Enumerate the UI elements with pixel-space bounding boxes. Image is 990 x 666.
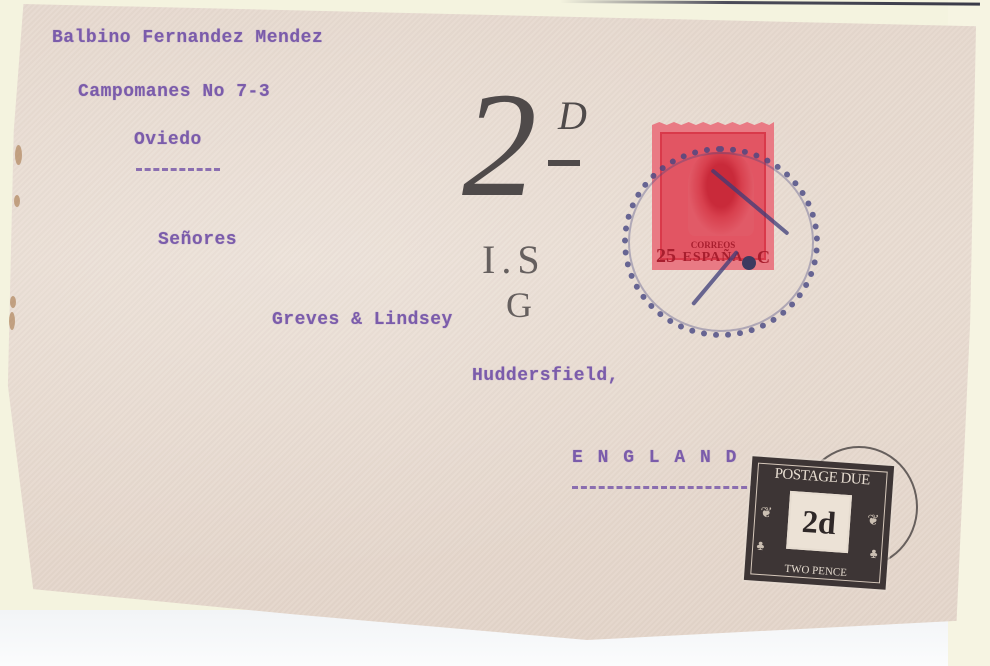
foxing-stain — [10, 296, 16, 308]
sender-city: Oviedo — [134, 130, 202, 150]
postage-due-handstamp-suffix: D — [558, 92, 587, 139]
stamp-value-box: 2d — [786, 491, 852, 553]
foxing-stain — [9, 312, 15, 330]
sender-name: Balbino Fernandez Mendez — [52, 28, 323, 48]
foxing-stain — [14, 195, 20, 207]
addressee-city: Huddersfield, — [472, 366, 619, 386]
postmark-ink-blot — [742, 256, 756, 270]
sender-city-underline — [136, 168, 220, 171]
postage-due-handstamp-value: 2 — [462, 70, 537, 220]
ornament-icon: ❦ — [760, 501, 772, 524]
addressee-name: Greves & Lindsey — [272, 310, 453, 330]
handstamp-letter: G — [506, 284, 532, 326]
salutation: Señores — [158, 230, 237, 250]
handstamp-dash — [548, 160, 580, 166]
ornament-icon: ♣ — [869, 547, 879, 564]
addressee-country: E N G L A N D — [572, 448, 738, 468]
ornament-icon: ♣ — [756, 539, 766, 556]
handstamp-office-code: I.S — [482, 236, 546, 283]
sender-street: Campomanes No 7-3 — [78, 82, 270, 102]
foxing-stain — [15, 145, 22, 165]
ornament-icon: ❦ — [867, 508, 879, 531]
album-top-rule — [560, 0, 980, 6]
uk-postage-due-stamp: POSTAGE DUE ❦ ❦ ♣ ♣ 2d TWO PENCE — [744, 456, 894, 590]
country-underline — [572, 486, 756, 489]
stamp-value: 2d — [801, 502, 837, 541]
